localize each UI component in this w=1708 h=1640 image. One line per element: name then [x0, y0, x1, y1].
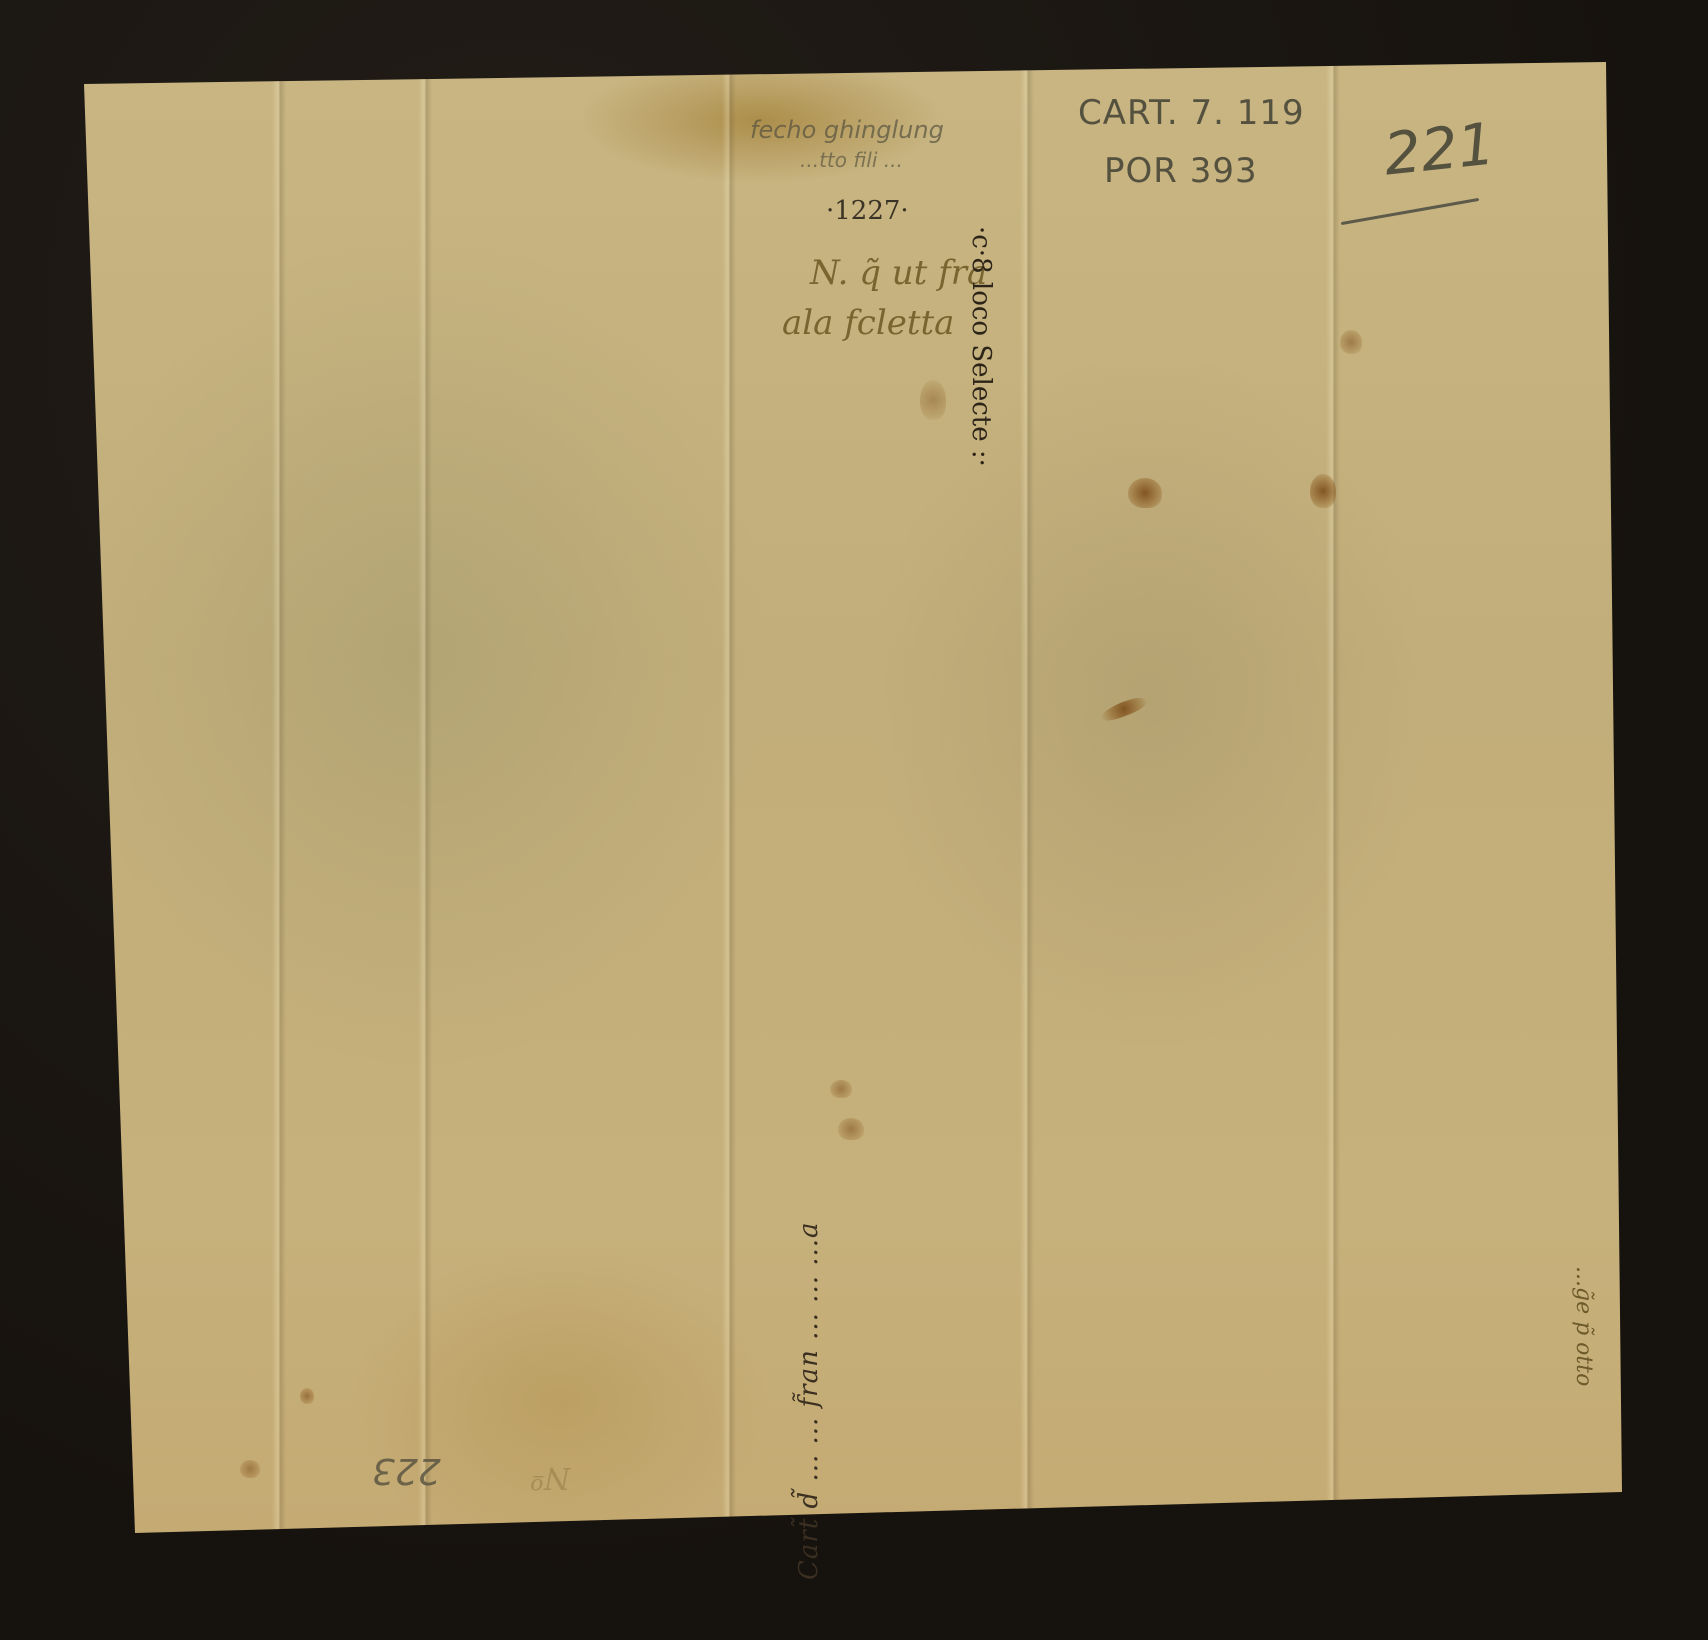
fold-line [722, 60, 736, 1540]
vertical-endorsement: Cart̃ d̃ ... ... f̃ran ... ... ...a [796, 1221, 822, 1580]
stain [838, 1118, 864, 1140]
right-margin-note: ...g̃e p̃ otto [1572, 1266, 1594, 1386]
stain [1099, 694, 1149, 725]
stain [1128, 478, 1162, 508]
stain [240, 1460, 260, 1478]
folio-number: 221 [1381, 114, 1497, 183]
date-annotation: ·1227· [826, 198, 909, 224]
stain [920, 380, 946, 420]
fold-line [1020, 60, 1034, 1540]
stain [1310, 474, 1336, 508]
fold-line [1326, 60, 1340, 1540]
stain [1340, 330, 1362, 354]
shelfmark-line-2: POR 393 [1104, 154, 1258, 188]
faded-ink-note-line-1: N. q̃ ut fra [810, 256, 987, 290]
shelfmark-line-1: CART. 7. 119 [1078, 96, 1305, 130]
stain [830, 1080, 852, 1098]
faded-heading-line-2: ...tto fili ... [800, 150, 903, 170]
fold-line [418, 60, 432, 1540]
bottom-pencil-number: 223 [372, 1452, 441, 1488]
faded-ink-note-line-2: ala fcletta [782, 306, 954, 340]
stain [300, 1388, 314, 1404]
fold-line [272, 60, 286, 1540]
faded-bottom-mark: Nº [530, 1462, 570, 1492]
parchment-sheet [0, 0, 1708, 1640]
vertical-ink-note: ·c·8 loco Selecte :· [968, 226, 994, 467]
faded-heading-line-1: fecho ghinglung [750, 118, 944, 142]
